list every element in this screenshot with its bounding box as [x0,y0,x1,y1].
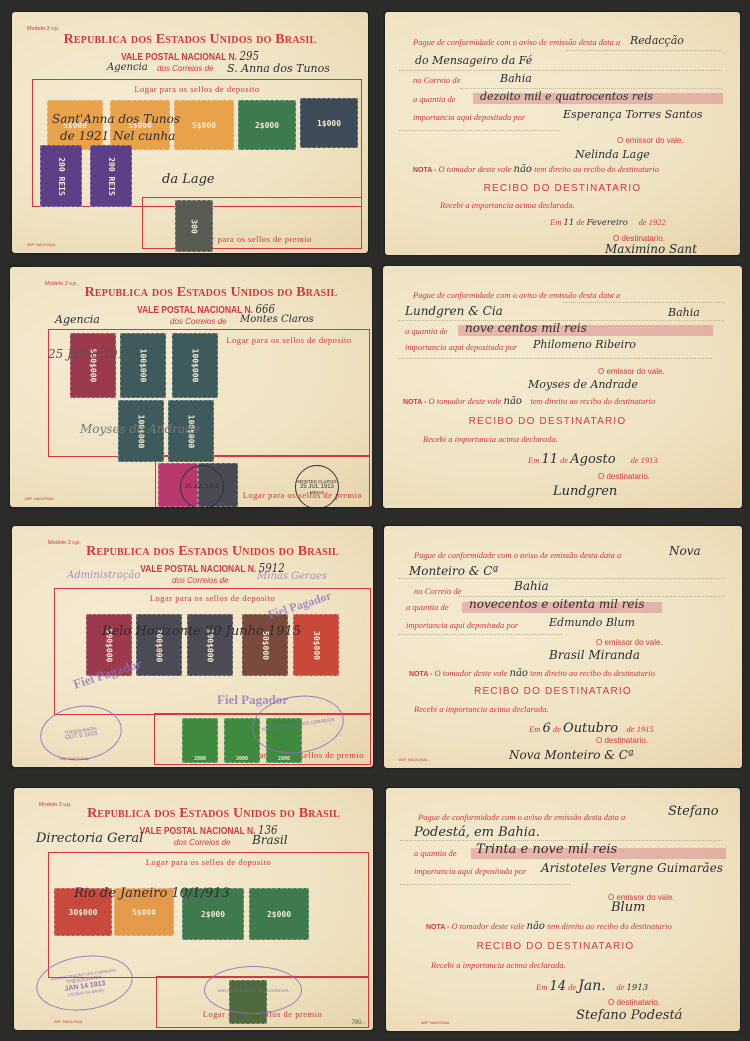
recebi-label: Recebi a importancia acima declarada. [423,434,558,444]
recebi-label: Recebi a importancia acima declarada. [414,704,549,714]
money-order-front-1: Modelo 3 v.p. Republica dos Estados Unid… [12,12,368,253]
date-line: Em 11 de Agosto de 1913 [528,452,658,467]
de-label: de [576,217,584,227]
stamp-2000-reis: 2$000 [238,100,296,150]
date-line: Em 11 de Fevereiro de 1922 [550,217,666,228]
stamp-5000-reis: 5$000 [174,100,234,150]
destination-city: Bahia [514,579,549,593]
postmark-state: MINAS [310,490,324,495]
date-line: Em 6 de Outubro de 1915 [529,721,654,736]
postmark-montes-claros: MONTES CLAROS25 JUL 1913MINAS [295,465,339,507]
recipient-label: O destinatario. [598,472,650,481]
pay-instruction: Pague de conformidade com o aviso de emi… [414,550,621,560]
office-city: S. Anna dos Tunos [227,62,330,75]
nota-text-a: O tomador deste vale [434,668,507,678]
handwriting-line: Belo Horizonte 30 Junho 1915 [102,624,301,639]
recipient-signature: Lundgren [553,484,617,499]
stamp-value: 30$000 [312,631,321,660]
nota-text-a: O tomador deste vale [428,396,501,406]
amount-words: dezoito mil e quatrocentos reis [480,90,653,103]
nota-word: não [510,668,528,679]
vale-label: VALE POSTAL NACIONAL N. [137,305,253,316]
date-year: 1913 [627,983,649,993]
stamp-value: 100$000 [139,349,148,383]
depositada-label: importancia aqui depositada por [405,342,517,352]
recipient-label: O destinatario. [596,736,648,745]
dotted-line [565,50,722,51]
nota-label: NOTA - [403,399,426,406]
quantia-label: a quantia de [414,848,457,858]
em-label: Em [536,982,547,992]
stamp-1000-reis: 1$000 [300,98,358,148]
correio-label: no Correio de [413,75,460,85]
money-order-front-4: Modelo 3 v.p. Republica dos Estados Unid… [14,788,373,1030]
stamp-200-reis: 200 REIS [90,145,132,207]
quantia-label: a quantia de [406,602,449,612]
date-day: 6 [542,721,550,736]
nota-word: não [527,921,545,932]
imprint: IMP. NACIONAL [421,1020,450,1025]
money-order-front-2: Modelo 3 v.p. Republica dos Estados Unid… [10,267,372,507]
payee-line2: Monteiro & Cª [409,564,498,578]
deposit-box-label: Logar para os sellos de deposito [209,335,369,345]
nota-word: não [504,396,522,407]
date-day: 11 [563,218,574,228]
date-month: Agosto [570,452,615,467]
recibo-title: RECIBO DO DESTINATARIO [386,941,740,952]
stamp-value: 5$000 [192,121,216,130]
office-city: Brasil [252,833,288,847]
dotted-line [460,88,722,89]
republic-title: Republica dos Estados Unidos do Brasil [54,806,373,822]
nota-label: NOTA - [413,167,436,174]
handwriting-line: da Lage [162,172,215,187]
stamp-value: 100$000 [191,349,200,383]
price-note: 780.- [351,1020,365,1026]
destination-city: Bahia [668,306,700,319]
office-prefix: Directoria Geral [36,831,143,846]
em-label: Em [529,724,540,734]
republic-title: Republica dos Estados Unidos do Brasil [50,285,372,301]
nota-text-b: tem direito ao recibo do destinatario [534,164,659,174]
nota-label: NOTA - [409,671,432,678]
de-label: de [630,455,638,465]
recibo-title: RECIBO DO DESTINATARIO [383,416,742,427]
stamp-value: 200 REIS [57,157,66,196]
nota-label: NOTA - [426,924,449,931]
stamp-premium: 300 [175,200,213,252]
imprint: IMP. NACIONAL [54,1019,83,1024]
oval-text: DIRECTORIA GERAL DOS CORREIOS [217,988,288,993]
vale-number: 295 [240,49,259,63]
stamp-value: 300 [189,219,198,233]
nota-text-b: tem direito ao recibo do destinatario [530,668,655,678]
correios-label: dos Correios de [157,64,213,73]
depositor-name: Edmundo Blum [549,616,635,629]
handwriting-line: Moyses de Andrade [80,422,200,436]
nota-line: NOTA - O tomador deste vale não tem dire… [426,921,672,932]
imprint: IMP. NACIONAL [399,757,428,762]
directoria-oval-cancel: DIRECTORIA GERAL DOS CORREIOS [204,966,302,1014]
republic-title: Republica dos Estados Unidos do Brasil [12,32,368,48]
depositada-label: importancia aqui depositada por [406,620,518,630]
recipient-signature: Stefano Podestá [576,1008,682,1023]
em-label: Em [528,455,539,465]
money-order-back-4: Pague de conformidade com o aviso de emi… [386,788,740,1031]
vale-label: VALE POSTAL NACIONAL N. [139,826,255,837]
depositada-label: importancia aqui depositada por [413,112,525,122]
nota-text-b: tem direito ao recibo do destinatario [547,921,672,931]
recibo-title: RECIBO DO DESTINATARIO [384,686,742,697]
stamp-100000-reis: 100$000 [172,333,218,398]
pay-instruction: Pague de conformidade com o aviso de emi… [413,290,620,300]
office-prefix: Agencia [55,313,100,326]
stamp-value: 5$000 [132,908,156,917]
recipient-signature: Maximino Sant [605,242,697,255]
issuer-signature: Blum [611,900,645,915]
dotted-line [399,130,560,131]
depositor-name: Philomeno Ribeiro [533,338,636,351]
amount-words: nove centos mil reis [465,321,587,335]
dotted-line [398,578,724,579]
date-month: Fevereiro [587,218,628,228]
stamp-value: 2$000 [255,121,279,130]
payee-name: Lundgren & Cia [405,304,503,318]
date-year: 1922 [649,217,666,227]
money-order-front-3: Modelo 3 v.p. Republica dos Estados Unid… [12,526,373,767]
correios-label: dos Correios de [174,838,230,847]
nota-line: NOTA - O tomador deste vale não tem dire… [403,396,655,407]
de-label: de [568,982,576,992]
de-label: de [553,724,561,734]
office-prefix: Administração [67,570,140,581]
de-label: de [616,982,624,992]
dotted-line [563,302,724,303]
payee-line2: Podestá, em Bahia. [414,825,540,840]
nota-text-b: tem direito ao recibo do destinatario [530,396,655,406]
nota-text-a: O tomador deste vale [438,164,511,174]
postmark-montes-claros: 25 JUL 1913 [180,465,224,507]
issuer-signature: Brasil Miranda [549,648,640,662]
deposit-box-label: Logar para os sellos de deposito [49,857,368,867]
stamp-2000-reis: 2$000 [249,888,309,940]
money-order-back-1: Pague de conformidade com o aviso de emi… [385,12,740,255]
office-city: Minas Geraes [257,571,327,582]
depositada-label: importancia aqui depositada por [414,866,526,876]
quantia-label: a quantia de [405,326,448,336]
payee-line1: Redacção [630,34,684,47]
issuer-label: O emissor do vale. [617,136,684,145]
recebi-label: Recebi a importancia acima declarada. [440,200,575,210]
em-label: Em [550,217,561,227]
handwriting-line: Rio de Janeiro 10/1/913 [74,886,230,901]
correio-label: no Correio de [414,586,461,596]
de-label: de [560,455,568,465]
stamp-value: 1$000 [317,119,341,128]
handwriting-line: 25 Julho 1913 [48,347,133,361]
recipient-signature: Nova Monteiro & Cª [509,748,634,762]
payee-line1: Stefano [668,804,719,819]
date-year: 1913 [641,455,658,465]
handwriting-line: de 1921 Nel cunha [60,129,175,143]
handwriting-line: Sant'Anna dos Tunos [52,112,180,126]
vale-number-line: VALE POSTAL NACIONAL N.295 [39,49,342,63]
issuer-label: O emissor do vale. [598,367,665,376]
dotted-line [399,70,722,71]
date-day: 14 [549,979,566,994]
dotted-line [400,884,570,885]
money-order-back-2: Pague de conformidade com o aviso de emi… [383,266,742,508]
quantia-label: a quantia de [413,94,456,104]
date-year: 1915 [637,724,654,734]
de-label: de [639,217,647,227]
date-day: 11 [541,452,558,467]
correios-label: dos Correios de [172,576,228,585]
payee-line2: do Mensageiro da Fé [415,54,532,67]
issuer-signature: Nelinda Lage [575,148,650,161]
amount-words: novecentos e oitenta mil reis [469,597,645,611]
nota-line: NOTA - O tomador deste vale não tem dire… [413,164,659,175]
office-prefix: Agencia [107,62,148,73]
deposit-box-label: Logar para os sellos de deposito [33,84,361,94]
imprint: IMP. NACIONAL [25,496,54,501]
destination-city: Bahia [500,72,532,85]
issuer-label: O emissor do vale. [596,638,663,647]
stamp-value: 200 REIS [107,157,116,196]
payee-line1: Nova [669,544,701,558]
money-order-back-3: Pague de conformidade com o aviso de emi… [384,526,742,768]
depositor-name: Aristoteles Vergne Guimarães [541,861,723,875]
recibo-title: RECIBO DO DESTINATARIO [385,183,740,194]
stamp-value: 2000 [278,756,290,762]
stamp-value: 30$000 [69,908,98,917]
pay-instruction: Pague de conformidade com o aviso de emi… [418,812,625,822]
recipient-label: O destinatario. [608,998,660,1007]
issuer-signature: Moyses de Andrade [528,378,638,391]
recebi-label: Recebi a importancia acima declarada. [431,960,566,970]
nota-line: NOTA - O tomador deste vale não tem dire… [409,668,655,679]
office-city: Montes Claros [240,314,314,325]
stamp-value: 2000 [194,756,206,762]
oval-text: ADMINISTRAÇÃO DOS CORREIOS [261,717,335,732]
stamp-100000-reis: 100$000 [120,333,166,398]
date-line: Em 14 de Jan. de 1913 [536,978,648,994]
nota-text-a: O tomador deste vale [451,921,524,931]
stamp-500000-reis: 500$000 [70,333,116,398]
stamp-premium-2000: 2000 [182,718,218,763]
correios-label: dos Correios de [170,317,226,326]
stamp-value: 2$000 [267,910,291,919]
republic-title: Republica dos Estados Unidos do Brasil [52,544,373,560]
stamp-200-reis: 200 REIS [40,145,82,207]
date-month: Outubro [563,721,618,736]
pay-instruction: Pague de conformidade com o aviso de emi… [413,37,620,47]
stamp-value: 2000 [236,756,248,762]
amount-words: Trinta e nove mil reis [476,842,617,857]
dotted-line [400,840,722,841]
de-label: de [627,724,635,734]
dotted-line [398,634,562,635]
imprint: IMP. NACIONAL [60,756,89,761]
date-month: Jan. [578,978,605,994]
imprint: IMP. NACIONAL [27,242,56,247]
stamp-value: 2$000 [201,910,225,919]
dotted-line [397,358,712,359]
depositor-name: Esperança Torres Santos [563,108,702,121]
vale-label: VALE POSTAL NACIONAL N. [140,564,256,575]
nota-word: não [514,164,532,175]
postmark-date: 25 JUL 1913 [185,484,219,490]
